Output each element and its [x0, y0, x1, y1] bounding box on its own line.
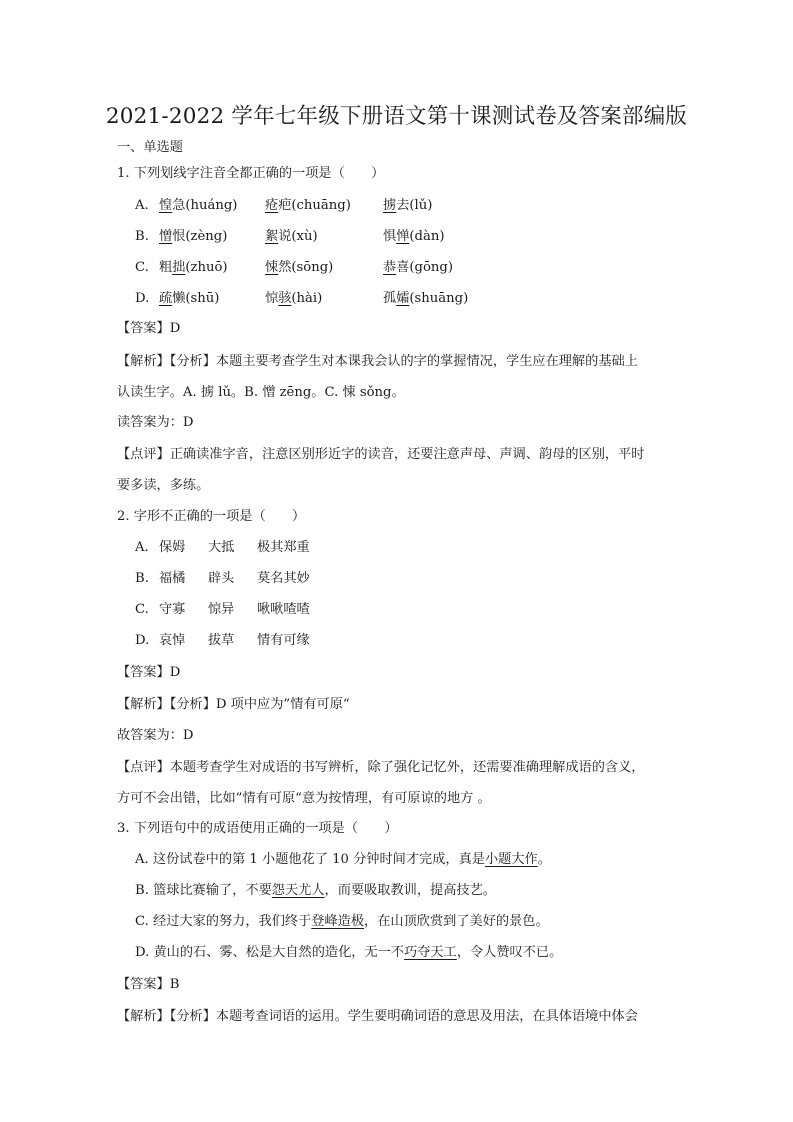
- q1-answer: 【答案】D: [117, 320, 180, 338]
- q2-option-c-label: C.: [135, 601, 149, 619]
- q2-option-b-word-2: 辟头: [208, 570, 234, 588]
- q1-option-a-item-1: 惶急(huáng): [159, 197, 237, 215]
- q1-option-a-label: A.: [135, 197, 149, 215]
- q2-option-d-label: D.: [135, 632, 149, 650]
- q1-option-a-item-2: 疮疤(chuāng): [265, 197, 351, 215]
- q1-comment-line-2: 要多读，多练。: [117, 477, 209, 495]
- q1-stem: 1. 下列划线字注音全都正确的一项是（ ）: [117, 165, 384, 183]
- q1-analysis-line-2: 认读生字。A. 掳 lǔ。B. 憎 zēng。C. 悚 sǒng。: [117, 384, 405, 402]
- q1-option-d-item-3: 孤孀(shuāng): [383, 290, 468, 308]
- q2-option-a-word-1: 保姆: [159, 539, 185, 557]
- q2-option-d-word-3: 情有可缘: [257, 632, 310, 650]
- q2-option-c-word-3: 啾啾喳喳: [257, 601, 310, 619]
- q1-option-c-item-3: 恭喜(gōng): [383, 259, 453, 277]
- q2-option-a-word-3: 极其郑重: [257, 539, 310, 557]
- q2-option-d-word-1: 哀悼: [159, 632, 185, 650]
- q1-option-b-item-1: 憎恨(zèng): [159, 228, 227, 246]
- q2-option-c-word-1: 守寡: [159, 601, 185, 619]
- q2-option-a-label: A.: [135, 539, 149, 557]
- q3-option-a: A. 这份试卷中的第 1 小题他花了 10 分钟时间才完成，真是小题大作。: [135, 851, 551, 869]
- q3-option-d: D. 黄山的石、雾、松是大自然的造化，无一不巧夺天工，令人赞叹不已。: [135, 944, 562, 962]
- q2-option-a-word-2: 大抵: [208, 539, 234, 557]
- q3-analysis-line-1: 【解析】【分析】本题考查词语的运用。学生要明确词语的意思及用法，在具体语境中体会: [117, 1008, 638, 1026]
- q2-option-c-word-2: 惊异: [208, 601, 234, 619]
- q1-option-c-item-1: 粗拙(zhuō): [159, 259, 228, 277]
- q1-option-d-label: D.: [135, 290, 149, 308]
- q2-answer: 【答案】D: [117, 664, 180, 682]
- q2-option-b-label: B.: [135, 570, 149, 588]
- q1-conclusion: 读答案为：D: [117, 414, 194, 432]
- q1-option-c-label: C.: [135, 259, 149, 277]
- q2-option-b-word-1: 福橘: [159, 570, 185, 588]
- q2-stem: 2. 字形不正确的一项是（ ）: [117, 508, 305, 526]
- q1-option-a-item-3: 掳去(lǔ): [383, 197, 432, 215]
- q2-analysis: 【解析】【分析】D 项中应为”情有可原“: [117, 696, 350, 714]
- q1-option-c-item-2: 悚然(sōng): [265, 259, 333, 277]
- section-heading: 一、单选题: [117, 139, 183, 157]
- q3-option-c: C. 经过大家的努力，我们终于登峰造极，在山顶欣赏到了美好的景色。: [135, 913, 549, 931]
- document-title: 2021-2022 学年七年级下册语文第十课测试卷及答案部编版: [0, 103, 793, 131]
- q3-stem: 3. 下列语句中的成语使用正确的一项是（ ）: [117, 820, 398, 838]
- q1-comment-line-1: 【点评】正确读准字音，注意区别形近字的读音，还要注意声母、声调、韵母的区别，平时: [117, 446, 645, 464]
- q1-option-d-item-2: 惊骇(hài): [265, 290, 322, 308]
- q3-answer: 【答案】B: [117, 976, 179, 994]
- q2-conclusion: 故答案为：D: [117, 727, 194, 745]
- q2-option-d-word-2: 拔草: [208, 632, 234, 650]
- q2-option-b-word-3: 莫名其妙: [257, 570, 310, 588]
- document-page: 2021-2022 学年七年级下册语文第十课测试卷及答案部编版 一、单选题 1.…: [0, 0, 793, 1122]
- q1-option-b-label: B.: [135, 228, 149, 246]
- q1-option-b-item-2: 絮说(xù): [265, 228, 318, 246]
- q3-option-b: B. 篮球比赛输了，不要怨天尤人，而要吸取教训，提高技艺。: [135, 882, 496, 900]
- q2-comment-line-2: 方可不会出错，比如”情有可原“意为按情理，有可原谅的地方 。: [117, 790, 491, 808]
- q1-option-d-item-1: 疏懒(shū): [159, 290, 219, 308]
- q1-analysis-line-1: 【解析】【分析】本题主要考查学生对本课我会认的字的掌握情况，学生应在理解的基础上: [117, 353, 638, 371]
- q1-option-b-item-3: 惧惮(dàn): [383, 228, 444, 246]
- q2-comment-line-1: 【点评】本题考查学生对成语的书写辨析，除了强化记忆外，还需要准确理解成语的含义，: [117, 759, 645, 777]
